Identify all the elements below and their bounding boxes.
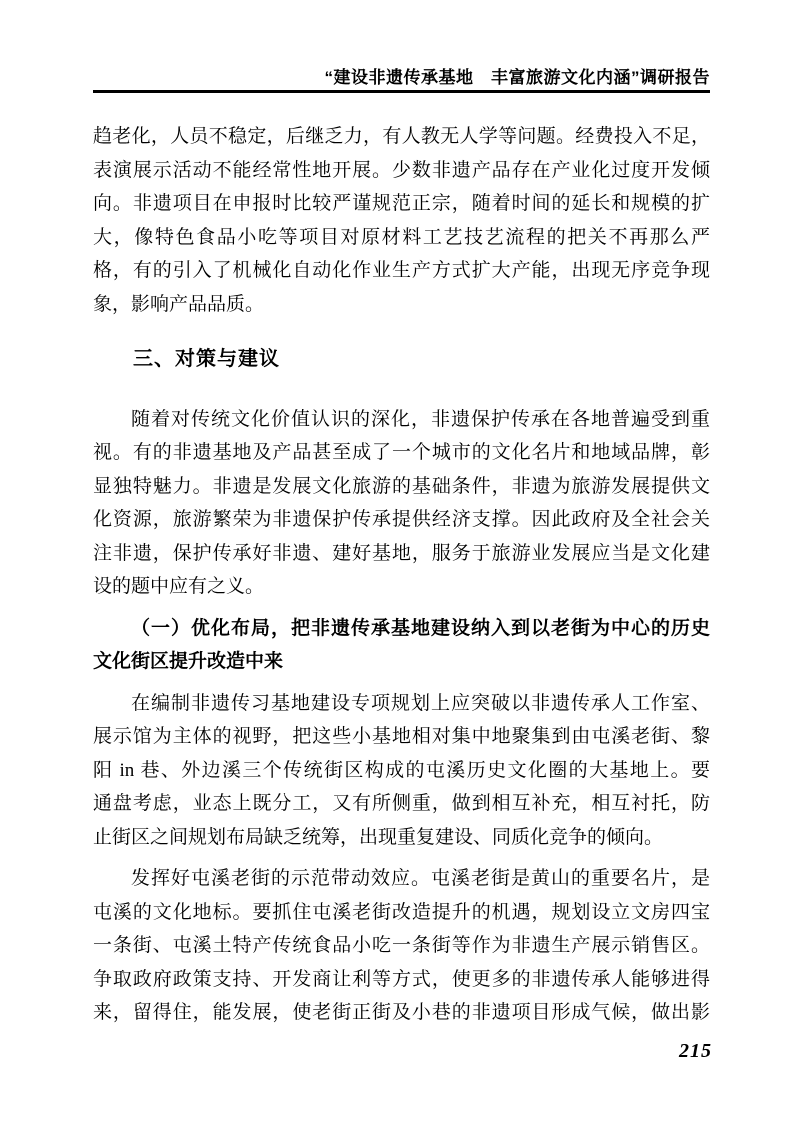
- paragraph: 随着对传统文化价值认识的深化，非遗保护传承在各地普遍受到重视。有的非遗基地及产品…: [93, 403, 710, 604]
- text-line: 注非遗，保护传承好非遗、建好基地，服务于旅游业发展应当是文化建: [93, 537, 710, 571]
- text-line: 止街区之间规划布局缺乏统筹，出现重复建设、同质化竞争的倾向。: [93, 821, 710, 855]
- text-line: 来，留得住，能发展，使老街正街及小巷的非遗项目形成气候，做出影: [93, 996, 710, 1030]
- text-line: 显独特魅力。非遗是发展文化旅游的基础条件，非遗为旅游发展提供文: [93, 470, 710, 504]
- text-line: 象，影响产品品质。: [93, 288, 710, 322]
- text-line: 屯溪的文化地标。要抓住屯溪老街改造提升的机遇，规划设立文房四宝: [93, 896, 710, 930]
- text-line: 趋老化，人员不稳定，后继乏力，有人教无人学等问题。经费投入不足，: [93, 120, 710, 154]
- text-line: 格，有的引入了机械化自动化作业生产方式扩大产能，出现无序竞争现: [93, 254, 710, 288]
- paragraph: 在编制非遗传习基地建设专项规划上应突破以非遗传承人工作室、展示馆为主体的视野，把…: [93, 687, 710, 855]
- text-line: （一）优化布局，把非遗传承基地建设纳入到以老街为中心的历史: [93, 612, 710, 646]
- text-line: 展示馆为主体的视野，把这些小基地相对集中地聚集到由屯溪老街、黎: [93, 720, 710, 754]
- text-line: 视。有的非遗基地及产品甚至成了一个城市的文化名片和地域品牌，彰: [93, 436, 710, 470]
- section-heading: 三、对策与建议: [93, 343, 710, 377]
- text-line: 表演展示活动不能经常性地开展。少数非遗产品存在产业化过度开发倾: [93, 154, 710, 188]
- text-line: 文化街区提升改造中来: [93, 645, 710, 679]
- text-line: 发挥好屯溪老街的示范带动效应。屯溪老街是黄山的重要名片，是: [93, 862, 710, 896]
- text-line: 设的题中应有之义。: [93, 570, 710, 604]
- text-line: 化资源，旅游繁荣为非遗保护传承提供经济支撑。因此政府及全社会关: [93, 503, 710, 537]
- text-line: 大，像特色食品小吃等项目对原材料工艺技艺流程的把关不再那么严: [93, 221, 710, 255]
- paragraph: 趋老化，人员不稳定，后继乏力，有人教无人学等问题。经费投入不足，表演展示活动不能…: [93, 120, 710, 321]
- running-header-title: “建设非遗传承基地 丰富旅游文化内涵”调研报告: [93, 66, 710, 90]
- document-page: “建设非遗传承基地 丰富旅游文化内涵”调研报告 趋老化，人员不稳定，后继乏力，有…: [0, 0, 803, 1133]
- sub-heading: （一）优化布局，把非遗传承基地建设纳入到以老街为中心的历史文化街区提升改造中来: [93, 612, 710, 679]
- text-line: 一条街、屯溪土特产传统食品小吃一条街等作为非遗生产展示销售区。: [93, 929, 710, 963]
- text-line: 通盘考虑，业态上既分工，又有所侧重，做到相互补充，相互衬托，防: [93, 787, 710, 821]
- page-number: 215: [679, 1040, 712, 1063]
- document-body: 趋老化，人员不稳定，后继乏力，有人教无人学等问题。经费投入不足，表演展示活动不能…: [93, 120, 710, 1030]
- text-line: 向。非遗项目在申报时比较严谨规范正宗，随着时间的延长和规模的扩: [93, 187, 710, 221]
- text-line: 随着对传统文化价值认识的深化，非遗保护传承在各地普遍受到重: [93, 403, 710, 437]
- text-line: 在编制非遗传习基地建设专项规划上应突破以非遗传承人工作室、: [93, 687, 710, 721]
- text-line: 阳 in 巷、外边溪三个传统街区构成的屯溪历史文化圈的大基地上。要: [93, 754, 710, 788]
- text-line: 争取政府政策支持、开发商让利等方式，使更多的非遗传承人能够进得: [93, 963, 710, 997]
- header-rule: [93, 90, 710, 93]
- paragraph: 发挥好屯溪老街的示范带动效应。屯溪老街是黄山的重要名片，是屯溪的文化地标。要抓住…: [93, 862, 710, 1030]
